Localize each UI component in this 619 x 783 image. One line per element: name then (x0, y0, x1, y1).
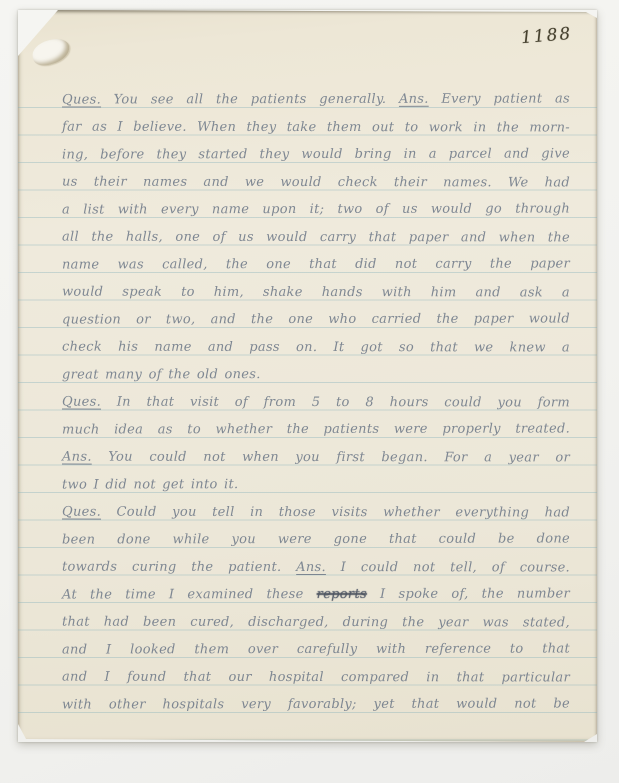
manuscript-line: much idea as to whether the patients wer… (62, 415, 570, 443)
manuscript-line: name was called, the one that did not ca… (62, 250, 570, 278)
hand-text: You could not when you first began. For … (92, 449, 570, 465)
hand-text: reports (317, 587, 367, 602)
hand-text: two I did not get into it. (62, 477, 238, 492)
manuscript-line: and I found that our hospital compared i… (62, 663, 570, 691)
hand-text: much idea as to whether the patients wer… (62, 421, 570, 437)
qa-marker: Ques. (62, 394, 101, 409)
hand-text: Could you tell in those visits whether e… (101, 504, 570, 520)
manuscript-line: great many of the old ones. (62, 360, 570, 388)
qa-marker: Ques. (62, 92, 101, 107)
hand-text: and I looked them over carefully with re… (62, 641, 570, 657)
manuscript-line: Ques. In that visit of from 5 to 8 hours… (62, 388, 570, 416)
hand-text: and I found that our hospital compared i… (62, 669, 570, 685)
manuscript-line: Ques. Could you tell in those visits whe… (62, 498, 570, 526)
handwritten-text: Ques. You see all the patients generally… (18, 10, 597, 742)
hand-text: ing, before they started they would brin… (62, 146, 570, 162)
hand-text: far as I believe. When they take them ou… (62, 119, 570, 135)
hand-text: check his name and pass on. It got so th… (62, 339, 570, 355)
hand-text: I spoke of, the number (367, 586, 570, 601)
manuscript-line: Ques. You see all the patients generally… (62, 85, 570, 113)
hand-text: us their names and we would check their … (62, 174, 570, 190)
manuscript-line: all the halls, one of us would carry tha… (62, 223, 570, 251)
manuscript-line: towards curing the patient. Ans. I could… (62, 553, 570, 581)
qa-marker: Ans. (399, 92, 429, 107)
hand-text: name was called, the one that did not ca… (62, 256, 570, 272)
manuscript-line: ing, before they started they would brin… (62, 140, 570, 168)
hand-text: question or two, and the one who carried… (62, 311, 570, 327)
hand-text: great many of the old ones. (62, 367, 261, 382)
hand-text: towards curing the patient. (62, 559, 296, 574)
hand-text: a list with every name upon it; two of u… (62, 201, 570, 217)
manuscript-line: that had been cured, discharged, during … (62, 608, 570, 636)
manuscript-page: 1188 Ques. You see all the patients gene… (18, 10, 597, 742)
manuscript-line: two I did not get into it. (62, 470, 570, 498)
manuscript-line: far as I believe. When they take them ou… (62, 113, 570, 141)
manuscript-line: us their names and we would check their … (62, 168, 570, 196)
manuscript-line: At the time I examined these reports I s… (62, 580, 570, 608)
manuscript-line: would speak to him, shake hands with him… (62, 278, 570, 306)
manuscript-line: question or two, and the one who carried… (62, 305, 570, 333)
qa-marker: Ans. (62, 449, 92, 464)
hand-text: I could not tell, of course. (326, 560, 570, 575)
manuscript-line: and I looked them over carefully with re… (62, 635, 570, 663)
hand-text: with other hospitals very favorably; yet… (62, 696, 570, 712)
manuscript-line: with other hospitals very favorably; yet… (62, 690, 570, 718)
hand-text: You see all the patients generally. (101, 92, 399, 108)
manuscript-line: Ans. You could not when you first began.… (62, 443, 570, 471)
manuscript-line: check his name and pass on. It got so th… (62, 333, 570, 361)
hand-text: In that visit of from 5 to 8 hours could… (101, 394, 570, 410)
hand-text: Every patient as (429, 91, 570, 106)
qa-marker: Ans. (296, 559, 326, 574)
manuscript-line: been done while you were gone that could… (62, 525, 570, 553)
hand-text: At the time I examined these (62, 587, 317, 603)
hand-text: all the halls, one of us would carry tha… (62, 229, 570, 245)
scan-background: 1188 Ques. You see all the patients gene… (0, 0, 619, 783)
hand-text: that had been cured, discharged, during … (62, 614, 570, 630)
qa-marker: Ques. (62, 504, 101, 519)
hand-text: been done while you were gone that could… (62, 531, 570, 547)
manuscript-line: a list with every name upon it; two of u… (62, 195, 570, 223)
hand-text: would speak to him, shake hands with him… (62, 284, 570, 300)
